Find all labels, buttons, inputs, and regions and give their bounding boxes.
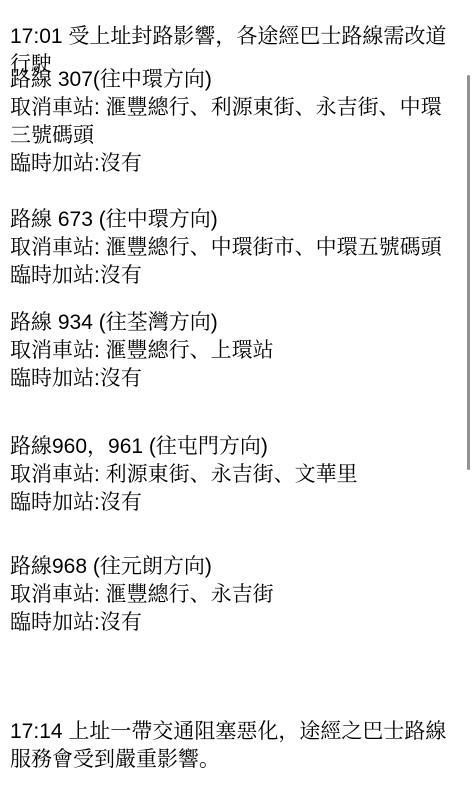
route-cancelled-stops: 取消車站: 滙豐總行、利源東街、永吉街、中環三號碼頭 [10, 94, 460, 150]
route-cancelled-stops: 取消車站: 利源東街、永吉街、文華里 [10, 461, 460, 489]
route-block-960-961: 路線960，961 (往屯門方向) 取消車站: 利源東街、永吉街、文華里 臨時加… [10, 433, 460, 517]
route-cancelled-stops: 取消車站: 滙豐總行、中環街市、中環五號碼頭 [10, 234, 460, 262]
scrollbar-thumb[interactable] [467, 75, 470, 470]
route-block-673: 路線 673 (往中環方向) 取消車站: 滙豐總行、中環街市、中環五號碼頭 臨時… [10, 206, 460, 290]
route-cancelled-stops: 取消車站: 滙豐總行、永吉街 [10, 581, 460, 609]
route-block-934: 路線 934 (往荃灣方向) 取消車站: 滙豐總行、上環站 臨時加站:沒有 [10, 309, 460, 393]
route-title: 路線 307(往中環方向) [10, 66, 460, 94]
route-temporary-stops: 臨時加站:沒有 [10, 365, 460, 393]
route-block-307: 路線 307(往中環方向) 取消車站: 滙豐總行、利源東街、永吉街、中環三號碼頭… [10, 66, 460, 178]
route-title: 路線968 (往元朗方向) [10, 553, 460, 581]
route-title: 路線960，961 (往屯門方向) [10, 433, 460, 461]
notice-update-line: 17:14 上址一帶交通阻塞惡化，途經之巴士路線服務會受到嚴重影響。 [10, 718, 460, 774]
route-cancelled-stops: 取消車站: 滙豐總行、上環站 [10, 337, 460, 365]
traffic-notice-page: 17:01 受上址封路影響，各途經巴士路線需改道行駛 路線 307(往中環方向)… [0, 0, 475, 800]
route-title: 路線 673 (往中環方向) [10, 206, 460, 234]
route-temporary-stops: 臨時加站:沒有 [10, 489, 460, 517]
route-temporary-stops: 臨時加站:沒有 [10, 262, 460, 290]
route-temporary-stops: 臨時加站:沒有 [10, 150, 460, 178]
route-temporary-stops: 臨時加站:沒有 [10, 609, 460, 637]
route-block-968: 路線968 (往元朗方向) 取消車站: 滙豐總行、永吉街 臨時加站:沒有 [10, 553, 460, 637]
route-title: 路線 934 (往荃灣方向) [10, 309, 460, 337]
